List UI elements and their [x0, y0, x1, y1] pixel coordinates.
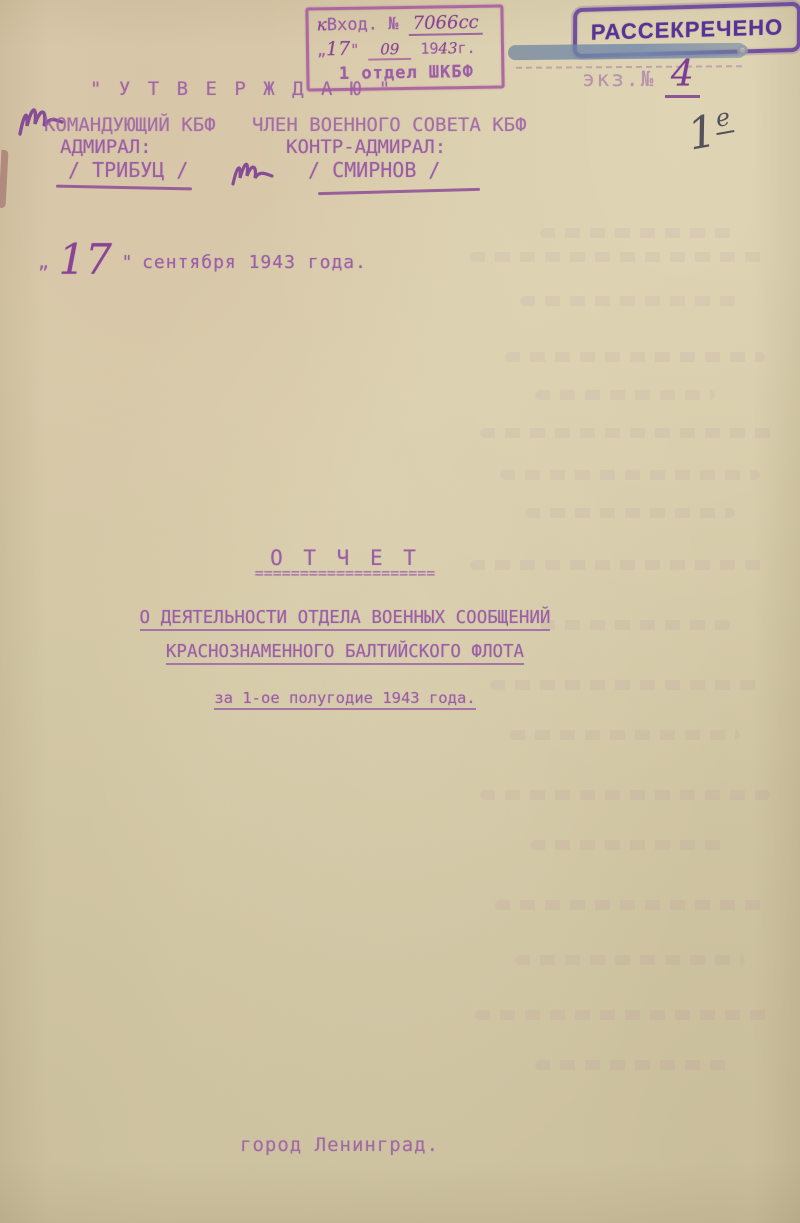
commander-signature-underline	[56, 185, 192, 191]
date-text: сентября 1943 года.	[142, 252, 367, 273]
copy-number-label: экз.№	[582, 67, 655, 91]
handwritten-month: 09	[380, 40, 399, 58]
report-subtitle-line2: КРАСНОЗНАМЕННОГО БАЛТИЙСКОГО ФЛОТА	[166, 642, 524, 665]
commander-name: / ТРИБУЦ /	[68, 158, 216, 182]
handwritten-day: 17	[326, 38, 351, 60]
council-member-name: / СМИРНОВ /	[308, 158, 527, 182]
handwritten-incoming-number: 7066сс	[409, 12, 483, 36]
incoming-number-line: кВход. № 7066сс	[316, 12, 494, 36]
council-member-title: ЧЛЕН ВОЕННОГО СОВЕТА КБФ	[252, 114, 527, 136]
approval-heading: " У Т В Е Р Ж Д А Ю "	[90, 78, 393, 100]
blue-strikeout-bar	[508, 43, 746, 60]
incoming-date-line: „17" 09 1943г.	[317, 36, 495, 62]
handwritten-date-day: 17	[58, 235, 111, 284]
scan-edge-mark	[0, 150, 9, 208]
year-prefix: 19	[420, 39, 438, 57]
report-period-line: за 1-ое полугодие 1943 года.	[214, 689, 475, 710]
city-line: город Ленинград.	[240, 1134, 439, 1156]
scanned-document-page: кВход. № 7066сс „17" 09 1943г. 1 отдел Ш…	[0, 0, 800, 1223]
page-mark-letter: е	[711, 102, 734, 135]
commander-title: КОМАНДУЮЩИЙ КБФ	[44, 114, 216, 136]
handwritten-copy-number: 4	[665, 54, 700, 98]
close-quote: "	[350, 41, 359, 59]
commander-signature-block: КОМАНДУЮЩИЙ КБФ АДМИРАЛ: / ТРИБУЦ /	[44, 114, 216, 182]
open-quote: „	[317, 41, 326, 59]
copy-number-line: экз.№ 4	[582, 60, 700, 91]
declassified-stamp-text: РАССЕКРЕЧЕНО	[591, 14, 784, 45]
council-member-signature-block: ЧЛЕН ВОЕННОГО СОВЕТА КБФ КОНТР-АДМИРАЛ: …	[252, 114, 527, 182]
incoming-number-label: Вход. №	[327, 14, 399, 35]
approval-date-line: „ 17 " сентября 1943 года.	[38, 240, 367, 280]
date-close-quote: "	[122, 252, 133, 273]
handwritten-year: 43	[438, 39, 457, 57]
report-heading-underline: ====================	[0, 568, 690, 578]
commander-rank: АДМИРАЛ:	[60, 136, 216, 158]
handwritten-prefix: к	[316, 15, 326, 35]
council-member-rank: КОНТР-АДМИРАЛ:	[286, 136, 527, 158]
council-member-signature-underline	[318, 188, 480, 195]
report-subtitle-line1: О ДЕЯТЕЛЬНОСТИ ОТДЕЛА ВОЕННЫХ СООБЩЕНИЙ	[140, 608, 551, 631]
pencil-page-mark: 1е	[684, 102, 738, 160]
report-title-block: О Т Ч Е Т ==================== О ДЕЯТЕЛЬ…	[0, 546, 690, 707]
year-suffix: г.	[457, 39, 475, 57]
date-open-quote: „	[38, 252, 49, 273]
